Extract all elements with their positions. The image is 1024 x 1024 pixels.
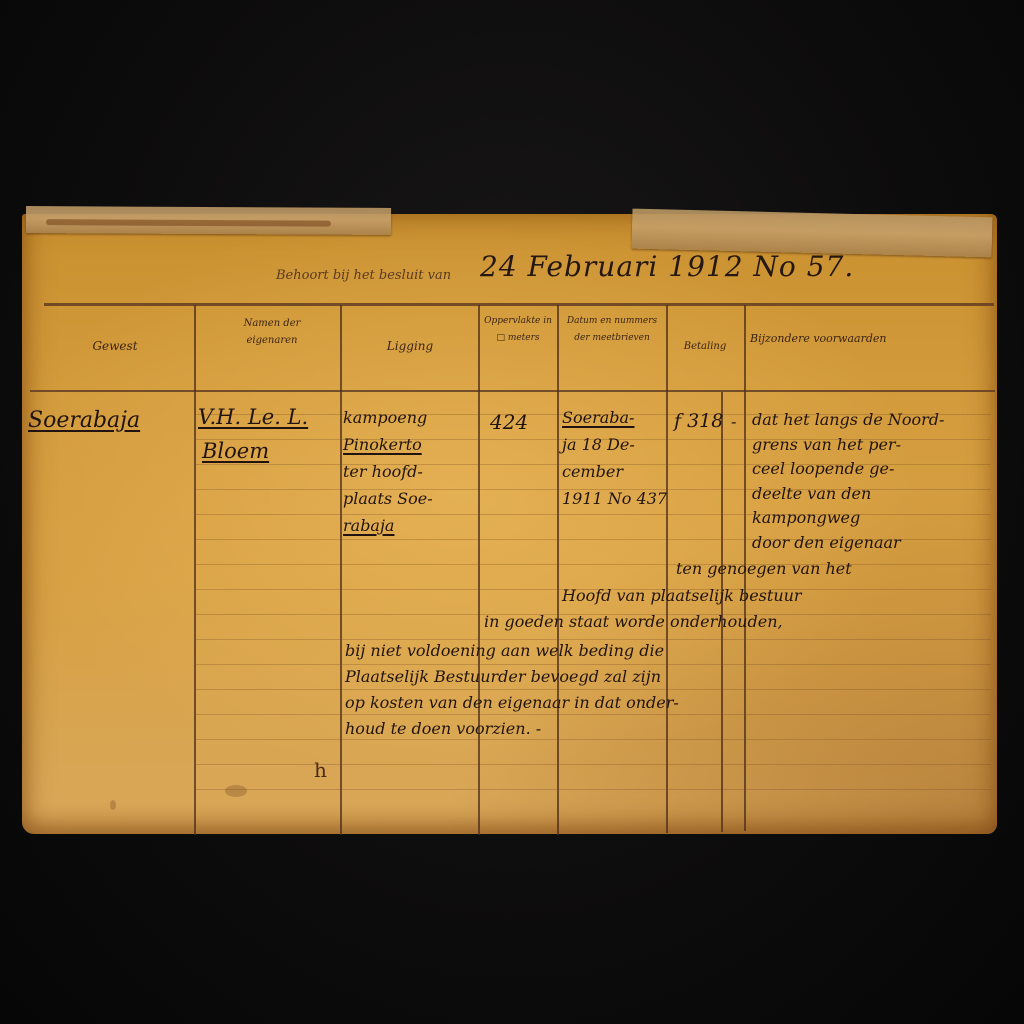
owner-initials: V.H. Le. L. [198, 400, 308, 434]
column-divider [340, 305, 342, 835]
condition-line: op kosten van den eigenaar in dat onder- [345, 690, 679, 716]
header-top-rule [44, 303, 994, 306]
ink-stain [110, 800, 116, 810]
column-header-ligging: Ligging [345, 338, 475, 355]
ligging-line: ter hoofd- [343, 458, 433, 485]
document-heading: Behoort bij het besluit van 24 Februari … [270, 246, 830, 296]
margin-mark: h [314, 758, 327, 782]
column-header-betaling: Betaling [668, 338, 742, 355]
cell-bijzondere-top: dat het langs de Noord- grens van het pe… [752, 408, 944, 555]
condition-line: deelte van den [752, 482, 944, 507]
condition-line: Plaatselijk Bestuurder bevoegd zal zijn [345, 664, 679, 690]
cell-oppervlakte: 424 [490, 410, 528, 434]
condition-line: door den eigenaar [752, 531, 944, 556]
ligging-line: kampoeng [343, 404, 433, 431]
datum-line: cember [562, 458, 667, 485]
ruled-line [196, 789, 991, 790]
column-header-gewest: Gewest [40, 338, 190, 355]
ligging-line: Pinokerto [343, 431, 433, 458]
owner-surname: Bloem [198, 434, 308, 468]
column-header-bijzondere: Bijzondere voorwaarden [750, 330, 940, 347]
datum-line: 1911 No 437 [562, 485, 667, 512]
column-header-oppervlakte: Oppervlakte in □ meters [482, 313, 554, 347]
area-value: 424 [490, 410, 528, 434]
condition-continuation: Hoofd van plaatselijk bestuur [562, 586, 802, 605]
ink-stain [225, 785, 247, 797]
column-divider [666, 305, 668, 833]
condition-line: kampongweg [752, 506, 944, 531]
header-bottom-rule [30, 390, 995, 392]
adhesive-tape-left [26, 206, 391, 235]
condition-line: bij niet voldoening aan welk beding die [345, 638, 679, 664]
column-header-namen: Namen der eigenaren [222, 315, 322, 349]
condition-line: houd te doen voorzien. - [345, 716, 679, 742]
cell-betaling: f 318 [674, 410, 723, 432]
cell-gewest: Soerabaja [28, 408, 140, 433]
cell-namen: V.H. Le. L. Bloem [198, 400, 308, 468]
payment-value: f 318 [674, 410, 723, 432]
condition-continuation: ten genoegen van het [676, 559, 852, 578]
photo-background: Behoort bij het besluit van 24 Februari … [0, 0, 1024, 1024]
datum-line: Soeraba- [562, 404, 667, 431]
condition-continuation: in goeden staat worde onderhouden, [484, 612, 783, 631]
ligging-line: rabaja [343, 512, 433, 539]
column-divider [557, 305, 559, 835]
column-divider [478, 305, 480, 835]
condition-line: Hoofd van plaatselijk bestuur [562, 586, 802, 605]
condition-continuation: bij niet voldoening aan welk beding die … [345, 638, 679, 742]
heading-handwritten-date: 24 Februari 1912 No 57. [480, 250, 854, 283]
betaling-dash: - [731, 412, 736, 431]
cell-datum: Soeraba- ja 18 De- cember 1911 No 437 [562, 404, 667, 512]
condition-line: ceel loopende ge- [752, 457, 944, 482]
dash-mark: - [731, 412, 736, 431]
heading-printed-text: Behoort bij het besluit van [276, 268, 451, 283]
condition-line: dat het langs de Noord- [752, 408, 944, 433]
cell-ligging: kampoeng Pinokerto ter hoofd- plaats Soe… [343, 404, 433, 539]
ligging-line: plaats Soe- [343, 485, 433, 512]
condition-line: grens van het per- [752, 433, 944, 458]
condition-line: ten genoegen van het [676, 559, 852, 578]
column-divider [194, 305, 196, 835]
condition-line: in goeden staat worde onderhouden, [484, 612, 783, 631]
column-header-datum: Datum en nummers der meetbrieven [560, 313, 664, 347]
ruled-line [196, 564, 991, 565]
datum-line: ja 18 De- [562, 431, 667, 458]
gewest-value: Soerabaja [28, 408, 140, 433]
